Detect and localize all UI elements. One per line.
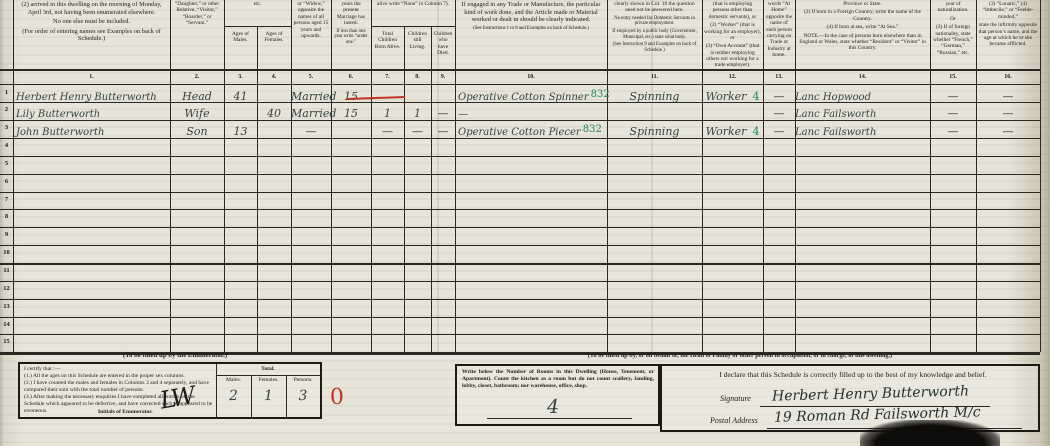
totals-males-label: Males. xyxy=(216,377,251,384)
handwritten-birthplace: Lanc Failsworth xyxy=(795,109,876,120)
row-number: 13 xyxy=(0,303,13,310)
column-number-10: 10. xyxy=(455,71,607,84)
row-3-marriage-cell: — xyxy=(291,122,331,140)
totals-females-label: Females. xyxy=(251,377,286,384)
handwritten-died: — xyxy=(438,107,449,120)
row-1-nationality-cell: — xyxy=(930,87,976,105)
tabulation-code: 832 xyxy=(583,124,602,135)
tabulation-mark: 4 xyxy=(752,90,759,103)
column-number-11: 11. xyxy=(607,71,702,84)
row-3-died-cell: — xyxy=(431,122,455,140)
handwritten-name: Herbert Henry Butterworth xyxy=(16,92,157,103)
enumerator-section-heading: (To be filled up by the Enumerator.) xyxy=(30,352,320,359)
handwritten-relation: Head xyxy=(182,90,212,103)
column-header-c5: or “Widow,” opposite the names of all pe… xyxy=(291,0,331,70)
column-header-c1: (2) arrived in this dwelling on the morn… xyxy=(13,0,170,70)
totals-title: Total. xyxy=(216,366,320,373)
column-number-9: 9. xyxy=(431,71,455,84)
row-2-occupation-cell: — xyxy=(455,104,607,122)
row-number: 5 xyxy=(0,160,13,167)
column-header-c3: Ages of Males. xyxy=(224,30,257,70)
column-number-15: 15. xyxy=(930,71,976,84)
column-header-c10: If engaged in any Trade or Manufacture, … xyxy=(455,0,607,70)
handwritten-at_home: — xyxy=(774,107,785,120)
totals-persons-value: 3 xyxy=(286,388,320,405)
signature-label: Signature xyxy=(720,394,751,403)
row-2-birthplace-cell: Lanc Failsworth xyxy=(795,104,930,122)
handwritten-years: 15 xyxy=(344,90,358,103)
handwritten-nationality: — xyxy=(948,90,959,103)
row-number: 12 xyxy=(0,285,13,292)
postal-address-label: Postal Address xyxy=(710,416,758,425)
handwritten-age_m: 13 xyxy=(234,125,248,138)
row-2-born-cell: 1 xyxy=(371,104,404,122)
row-number: 10 xyxy=(0,249,13,256)
row-2-at_home-cell: — xyxy=(763,104,795,122)
row-number: 8 xyxy=(0,213,13,220)
column-number-4: 4. xyxy=(257,71,291,84)
row-3-name-cell: John Butterworth xyxy=(13,122,170,140)
row-number: 9 xyxy=(0,231,13,238)
row-number: 3 xyxy=(0,124,13,131)
row-2-living-cell: 1 xyxy=(404,104,431,122)
handwritten-living: — xyxy=(412,125,423,138)
row-3-occupation-cell: Operative Cotton Piecer832 xyxy=(455,122,607,140)
column-number-16: 16. xyxy=(976,71,1040,84)
handwritten-occupation: — xyxy=(458,109,468,120)
column-header-c15: year of naturalization.Or(3) If of forei… xyxy=(930,0,976,70)
row-3-age_m-cell: 13 xyxy=(224,122,257,140)
row-number: 1 xyxy=(0,89,13,96)
rooms-instructions: Write below the Number of Rooms in this … xyxy=(462,369,654,390)
column-header-c9: Children who have Died. xyxy=(431,30,455,70)
row-1-name-cell: Herbert Henry Butterworth xyxy=(13,87,170,105)
handwritten-name: Lily Butterworth xyxy=(16,109,100,120)
row-3-infirmity-cell: — xyxy=(976,122,1040,140)
handwritten-living: 1 xyxy=(414,107,421,120)
row-3-living-cell: — xyxy=(404,122,431,140)
handwritten-born: 1 xyxy=(384,107,391,120)
row-2-relation-cell: Wife xyxy=(170,104,224,122)
column-header-c13: words “At Home” opposite the name of eac… xyxy=(763,0,795,70)
row-1-infirmity-cell: — xyxy=(976,87,1040,105)
handwritten-age_f: 40 xyxy=(267,107,281,120)
column-header-c34top: etc. xyxy=(224,0,291,26)
row-2-nationality-cell: — xyxy=(930,104,976,122)
handwritten-name: John Butterworth xyxy=(16,127,104,138)
column-header-c2: “Daughter,” or other Relative, “Visitor,… xyxy=(170,0,224,70)
row-2-died-cell: — xyxy=(431,104,455,122)
row-1-industry-cell: Spinning xyxy=(607,87,702,105)
column-number-12: 12. xyxy=(702,71,763,84)
column-header-c6: years the present Marriage has lasted.If… xyxy=(331,0,371,70)
column-header-c4: Ages of Females. xyxy=(257,30,291,70)
handwritten-infirmity: — xyxy=(1003,125,1014,138)
row-3-employment-cell: Worker4 xyxy=(702,122,763,140)
handwritten-years: 15 xyxy=(344,107,358,120)
row-number: 2 xyxy=(0,106,13,113)
row-number: 4 xyxy=(0,142,13,149)
census-schedule-scan: (2) arrived in this dwelling on the morn… xyxy=(0,0,1050,446)
handwritten-marriage: Married xyxy=(291,90,336,103)
handwritten-nationality: — xyxy=(948,107,959,120)
declaration-text: I declare that this Schedule is correctl… xyxy=(670,370,1036,379)
column-header-c16: (3) “Lunatic,” (4) “Imbecile,” or “Feebl… xyxy=(976,0,1040,70)
initials-label: Initials of Enumerator. xyxy=(98,409,153,416)
enumerator-box: I certify that :— (1.) All the ages on t… xyxy=(18,362,322,419)
column-header-c12: (that is employing persons other than do… xyxy=(702,0,763,70)
row-1-employment-cell: Worker4 xyxy=(702,87,763,105)
certify-item-1: (1.) All the ages on this Schedule are e… xyxy=(24,373,216,380)
row-3-at_home-cell: — xyxy=(763,122,795,140)
photo-shadow-artifact xyxy=(860,420,1000,446)
red-zero-annotation: 0 xyxy=(330,385,345,410)
handwritten-employment: Worker4 xyxy=(706,90,760,103)
row-number: 7 xyxy=(0,196,13,203)
column-number-8: 8. xyxy=(404,71,431,84)
row-1-years-cell: 15 xyxy=(331,87,371,105)
handwritten-infirmity: — xyxy=(1003,90,1014,103)
handwritten-died: — xyxy=(438,125,449,138)
handwritten-relation: Wife xyxy=(184,107,209,120)
row-3-born-cell: — xyxy=(371,122,404,140)
row-2-name-cell: Lily Butterworth xyxy=(13,104,170,122)
handwritten-infirmity: — xyxy=(1003,107,1014,120)
row-1-marriage-cell: Married xyxy=(291,87,331,105)
handwritten-birthplace: Lanc Hopwood xyxy=(795,92,871,103)
rooms-value: 4 xyxy=(547,396,560,418)
row-number: 14 xyxy=(0,321,13,328)
row-number: 6 xyxy=(0,178,13,185)
column-header-c8: Children still Living. xyxy=(404,30,431,70)
handwritten-marriage: Married xyxy=(291,107,336,120)
handwritten-industry: Spinning xyxy=(630,90,680,103)
household-section-heading: (To be filled up by, or on behalf of, th… xyxy=(450,352,1030,359)
row-3-industry-cell: Spinning xyxy=(607,122,702,140)
row-1-occupation-cell: Operative Cotton Spinner832 xyxy=(455,87,607,105)
rooms-box: Write below the Number of Rooms in this … xyxy=(455,364,660,426)
row-number: 11 xyxy=(0,267,13,274)
enumerator-initials-signature: LW xyxy=(158,381,195,414)
paper-edge xyxy=(0,0,4,446)
handwritten-at_home: — xyxy=(774,125,785,138)
column-number-5: 5. xyxy=(291,71,331,84)
totals-males-value: 2 xyxy=(216,388,251,405)
handwritten-employment: Worker4 xyxy=(706,125,760,138)
column-number-1: 1. xyxy=(13,71,170,84)
column-number-3: 3. xyxy=(224,71,257,84)
row-2-infirmity-cell: — xyxy=(976,104,1040,122)
row-3-relation-cell: Son xyxy=(170,122,224,140)
tabulation-mark: 4 xyxy=(752,125,759,138)
handwritten-industry: Spinning xyxy=(630,125,680,138)
handwritten-relation: Son xyxy=(186,125,207,138)
column-number-14: 14. xyxy=(795,71,930,84)
handwritten-occupation: Operative Cotton Spinner832 xyxy=(458,92,610,103)
row-2-years-cell: 15 xyxy=(331,104,371,122)
totals-females-value: 1 xyxy=(251,388,286,405)
row-2-age_f-cell: 40 xyxy=(257,104,291,122)
handwritten-marriage: — xyxy=(306,125,317,138)
certify-intro: I certify that :— xyxy=(24,366,216,373)
column-number-6: 6. xyxy=(331,71,371,84)
handwritten-occupation: Operative Cotton Piecer832 xyxy=(458,127,602,138)
totals-persons-label: Persons. xyxy=(286,377,320,384)
column-header-c79top: alive write “None” in Column 7). xyxy=(371,0,455,26)
column-header-c11: clearly shown in Col. 10 the question ne… xyxy=(607,0,702,70)
row-3-birthplace-cell: Lanc Failsworth xyxy=(795,122,930,140)
column-header-c14: Province or State.(2) If born in a Forei… xyxy=(795,0,930,70)
handwritten-age_m: 41 xyxy=(234,90,248,103)
row-number: 15 xyxy=(0,338,13,345)
column-number-7: 7. xyxy=(371,71,404,84)
handwritten-born: — xyxy=(382,125,393,138)
handwritten-nationality: — xyxy=(948,125,959,138)
row-2-marriage-cell: Married xyxy=(291,104,331,122)
handwritten-at_home: — xyxy=(774,90,785,103)
column-header-c7: Total Children Born Alive. xyxy=(371,30,404,70)
column-number-2: 2. xyxy=(170,71,224,84)
row-1-relation-cell: Head xyxy=(170,87,224,105)
column-number-13: 13. xyxy=(763,71,795,84)
row-1-age_m-cell: 41 xyxy=(224,87,257,105)
row-1-birthplace-cell: Lanc Hopwood xyxy=(795,87,930,105)
row-1-at_home-cell: — xyxy=(763,87,795,105)
row-3-nationality-cell: — xyxy=(930,122,976,140)
handwritten-birthplace: Lanc Failsworth xyxy=(795,127,876,138)
